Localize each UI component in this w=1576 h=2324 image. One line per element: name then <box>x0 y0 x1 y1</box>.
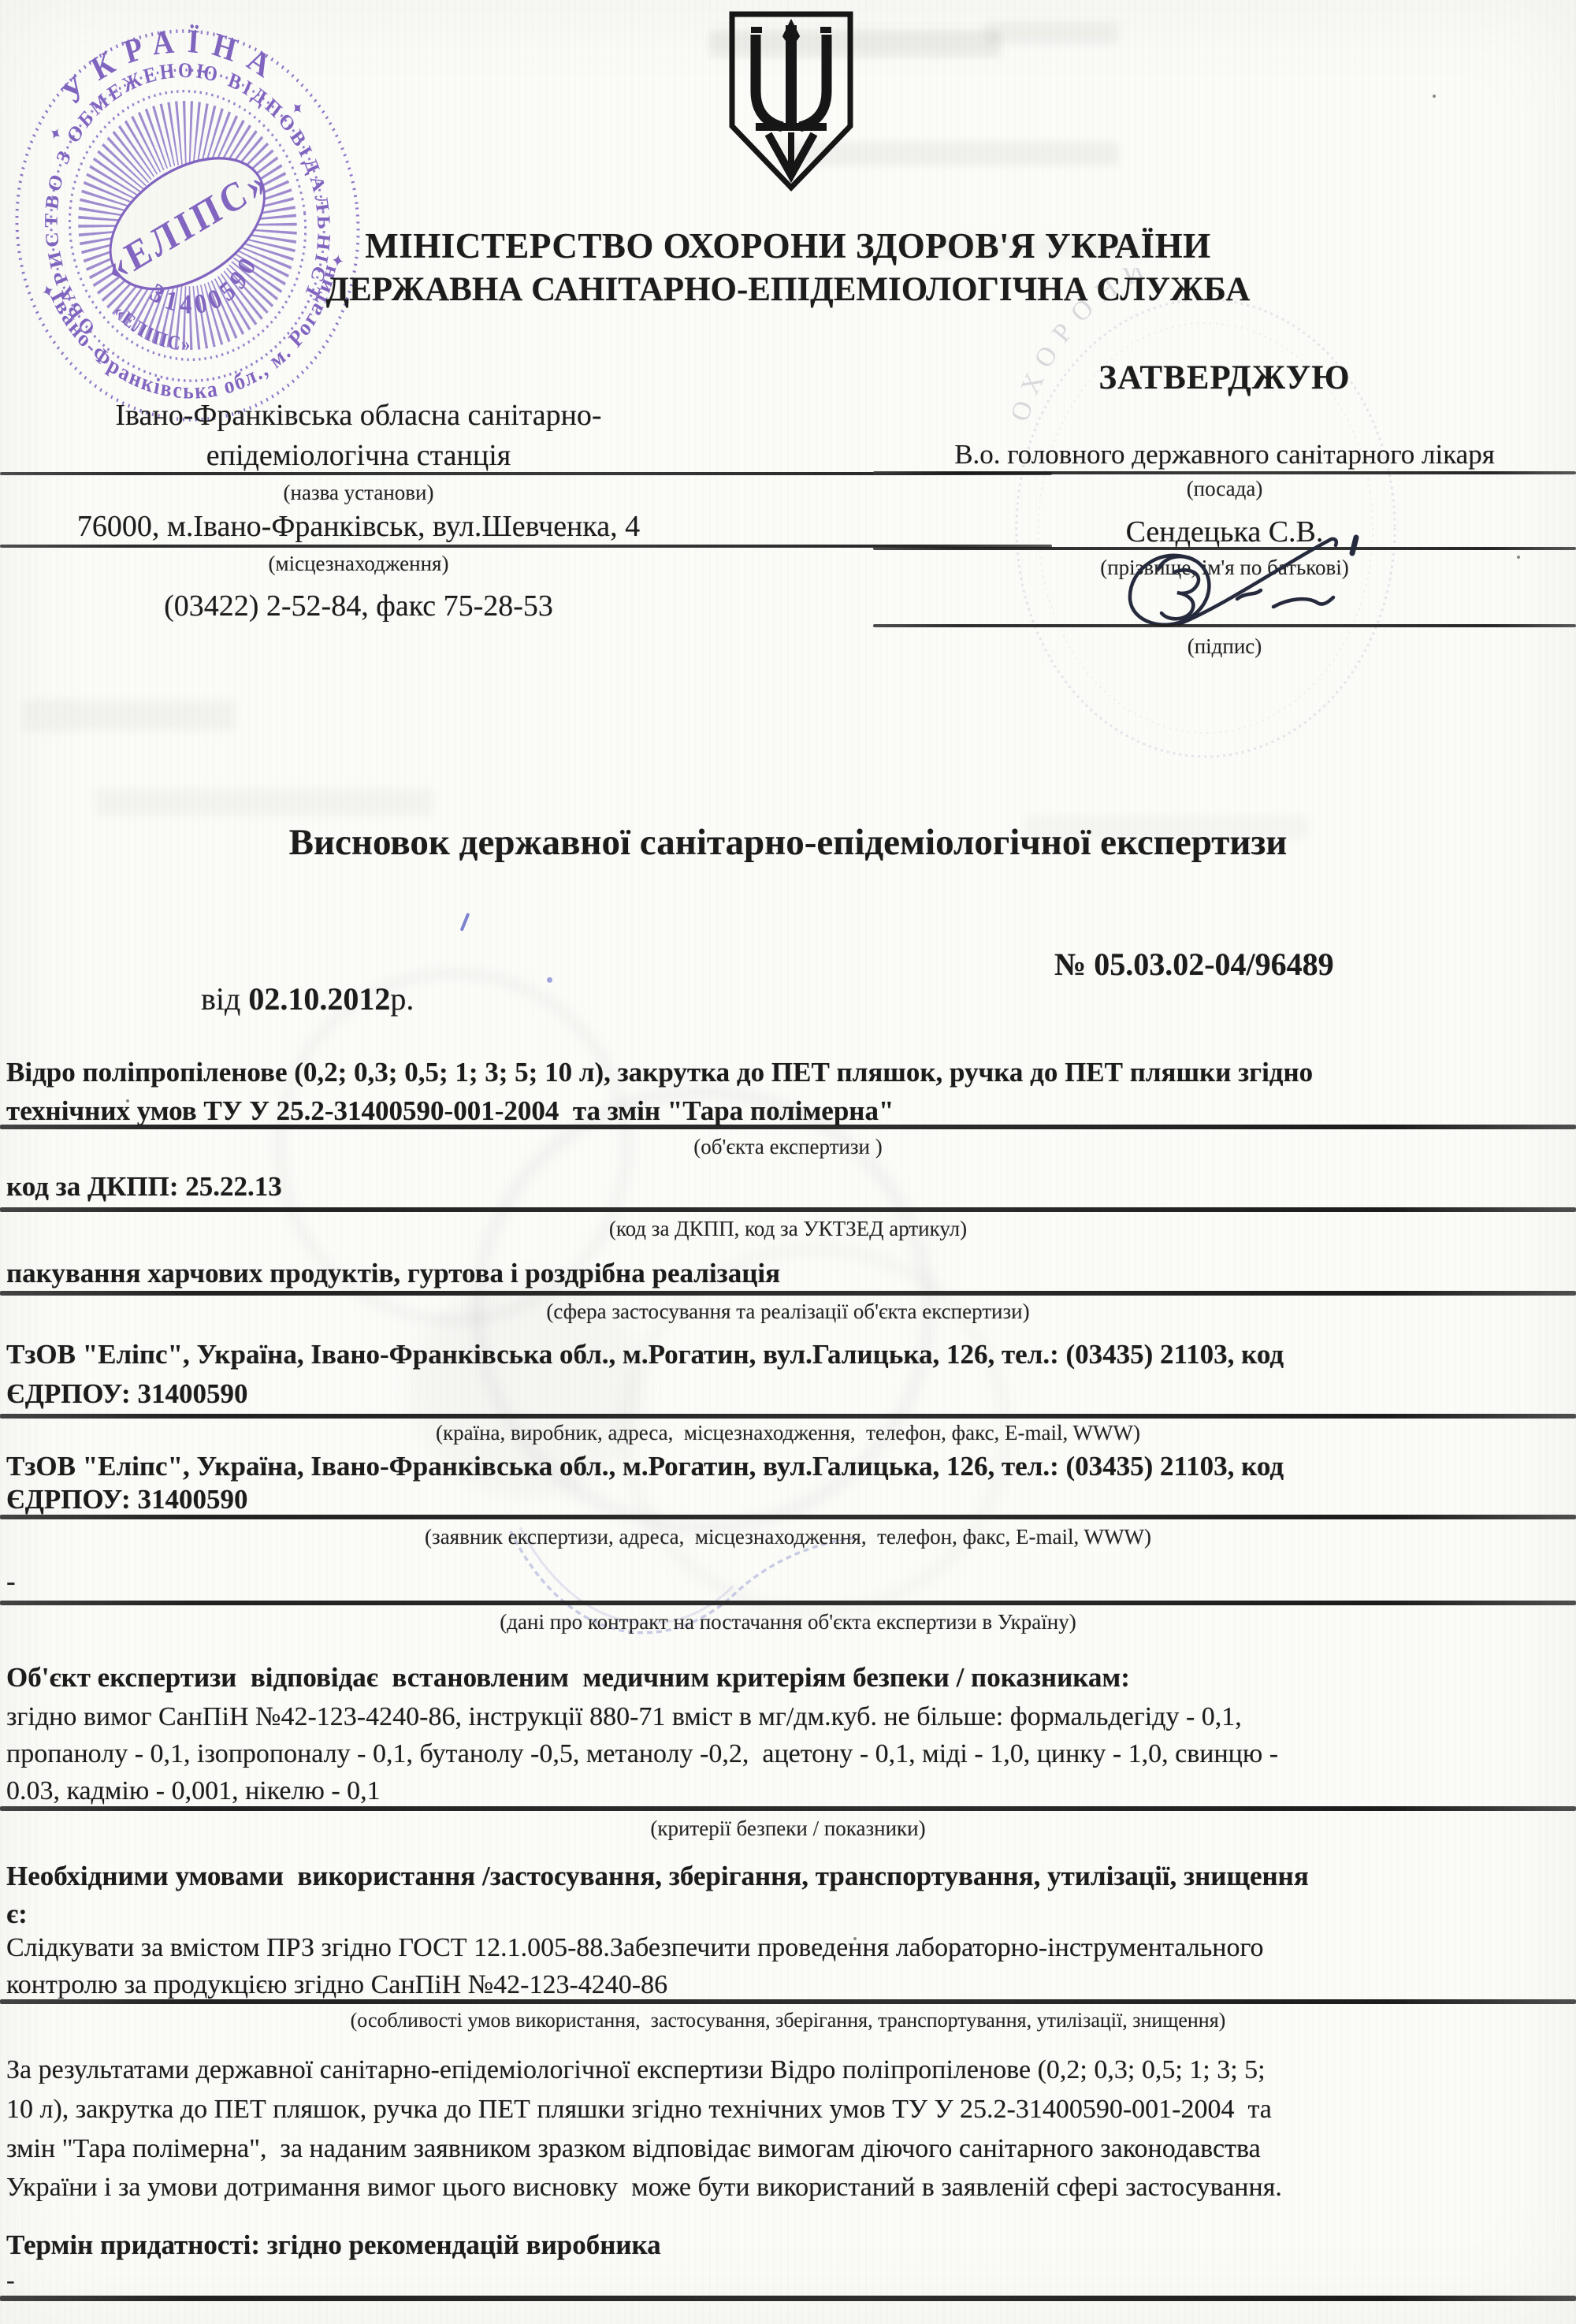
conditions-heading-line1: Необхідними умовами використання /застос… <box>6 1861 1309 1892</box>
company-seal-stamp: УКРАЇНА Івано-Франківська обл., м. Рогат… <box>0 5 386 446</box>
approval-signature-caption: (підпис) <box>873 635 1576 659</box>
shelf-life-dash: - <box>6 2266 15 2294</box>
producer-line1: ТзОВ "Еліпс", Україна, Івано-Франківська… <box>6 1340 1284 1370</box>
issuer-name-line2: епідеміологічна станція <box>43 440 674 473</box>
object-line2: технічних умов ТУ У 25.2-31400590-001-20… <box>6 1096 894 1127</box>
code-text: код за ДКПП: 25.22.13 <box>6 1172 282 1203</box>
scanned-document-page: ОХОРОНИ УКРАЇНА Івано-Франківська обл., … <box>0 0 1576 2324</box>
pen-mark <box>460 913 470 931</box>
conclusion-line4: України і за умови дотримання вимог цьог… <box>6 2173 1282 2202</box>
rule-line <box>873 471 1576 474</box>
pen-stroke <box>473 1496 898 1665</box>
issuer-address: 76000, м.Івано-Франківськ, вул.Шевченка,… <box>43 511 674 544</box>
document-date: від 02.10.2012р. <box>169 947 414 1051</box>
producer-line2: ЄДРПОУ: 31400590 <box>6 1379 247 1410</box>
issuer-name-caption: (назва установи) <box>43 482 674 505</box>
document-title: Висновок державної санітарно-епідеміолог… <box>0 823 1576 864</box>
criteria-line1: згідно вимог СанПіН №42-123-4240-86, інс… <box>6 1702 1242 1731</box>
approval-position: В.о. головного державного санітарного лі… <box>873 440 1576 470</box>
issuer-name-line1: Івано-Франківська обласна санітарно- <box>43 400 674 433</box>
date-value: 02.10.2012 <box>248 981 390 1017</box>
scan-artifact <box>95 788 433 816</box>
approval-position-caption: (посада) <box>873 478 1576 501</box>
conclusion-line2: 10 л), закрутка до ПЕТ пляшок, ручка до … <box>6 2095 1272 2124</box>
applicant-line2: ЄДРПОУ: 31400590 <box>6 1485 247 1515</box>
issuer-phone: (03422) 2-52-84, факс 75-28-53 <box>43 590 674 623</box>
scan-artifact <box>1433 95 1436 98</box>
rule-line <box>0 1207 1576 1212</box>
object-line1: Відро поліпропіленове (0,2; 0,3; 0,5; 1;… <box>6 1058 1313 1088</box>
rule-line <box>0 1515 1576 1519</box>
rule-line <box>0 1999 1576 2004</box>
contract-caption: (дані про контракт на постачання об'єкта… <box>0 1611 1576 1634</box>
conditions-caption: (особливості умов використання, застосув… <box>0 2010 1576 2032</box>
producer-caption: (країна, виробник, адреса, місцезнаходже… <box>0 1422 1576 1445</box>
document-number: № 05.03.02-04/96489 <box>1054 947 1334 982</box>
date-prefix: від <box>201 981 248 1017</box>
ukraine-trident-emblem-icon <box>721 6 861 197</box>
rule-line <box>0 1601 1576 1605</box>
scope-text: пакування харчових продуктів, гуртова і … <box>6 1259 780 1289</box>
rule-line <box>0 1291 1576 1296</box>
criteria-line2: пропанолу - 0,1, ізопропоналу - 0,1, бут… <box>6 1739 1278 1768</box>
shelf-life-text: Термін придатності: згідно рекомендацій … <box>6 2230 661 2261</box>
conditions-line1: Слідкувати за вмістом ПРЗ згідно ГОСТ 12… <box>6 1933 1264 1962</box>
pen-mark <box>547 977 552 983</box>
conclusion-line3: змін "Тара полімерна", за наданим заявни… <box>6 2134 1261 2163</box>
scope-caption: (сфера застосування та реалізації об'єкт… <box>0 1300 1576 1324</box>
service-title: ДЕРЖАВНА САНІТАРНО-ЕПІДЕМІОЛОГІЧНА СЛУЖБ… <box>0 271 1576 308</box>
conditions-heading-line2: є: <box>6 1899 28 1930</box>
criteria-heading: Об'єкт експертизи відповідає встановлени… <box>6 1663 1130 1694</box>
approval-title: ЗАТВЕРДЖУЮ <box>873 359 1576 396</box>
applicant-caption: (заявник експертизи, адреса, місцезнаход… <box>0 1526 1576 1549</box>
applicant-line1: ТзОВ "Еліпс", Україна, Івано-Франківська… <box>6 1452 1284 1482</box>
criteria-line3: 0.03, кадмію - 0,001, нікелю - 0,1 <box>6 1776 381 1805</box>
rule-line <box>873 624 1576 627</box>
code-caption: (код за ДКПП, код за УКТЗЕД артикул) <box>0 1218 1576 1241</box>
scan-artifact <box>985 22 1119 44</box>
scan-artifact <box>24 700 236 731</box>
conditions-line2: контролю за продукцією згідно СанПіН №42… <box>6 1970 667 1999</box>
rule-line <box>0 2296 1576 2301</box>
issuer-address-caption: (місцезнаходження) <box>43 552 674 576</box>
rule-line <box>0 1806 1576 1811</box>
rule-line <box>0 1414 1576 1419</box>
ministry-title: МІНІСТЕРСТВО ОХОРОНИ ЗДОРОВ'Я УКРАЇНИ <box>0 227 1576 266</box>
date-suffix: р. <box>390 981 414 1017</box>
rule-line <box>0 1125 1576 1129</box>
criteria-caption: (критерії безпеки / показники) <box>0 1817 1576 1841</box>
conclusion-line1: За результатами державної санітарно-епід… <box>6 2055 1266 2084</box>
object-caption: (об'єкта експертизи ) <box>0 1136 1576 1159</box>
contract-dash: - <box>6 1567 16 1597</box>
